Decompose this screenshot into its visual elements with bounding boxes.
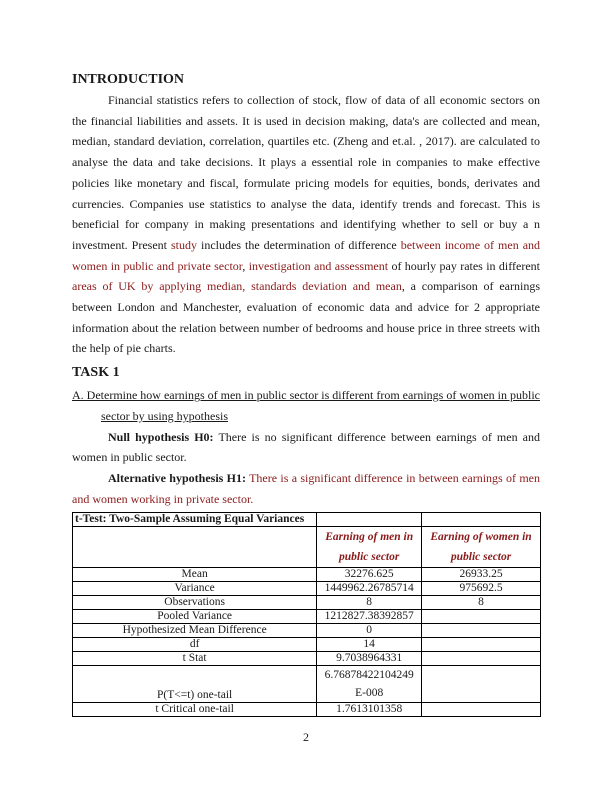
alt-hypothesis: Alternative hypothesis H1: There is a si… — [72, 468, 540, 509]
row-label: t Stat — [73, 652, 317, 666]
table-title: t-Test: Two-Sample Assuming Equal Varian… — [73, 513, 317, 527]
null-hypothesis: Null hypothesis H0: There is no signific… — [72, 427, 540, 468]
table-header-row: Earning of men in public sector Earning … — [73, 527, 541, 568]
intro-heading: INTRODUCTION — [72, 70, 540, 90]
task1-subheading: A. Determine how earnings of men in publ… — [72, 385, 540, 426]
row-label: Hypothesized Mean Difference — [73, 624, 317, 638]
table-row: Observations88 — [73, 596, 541, 610]
value-women — [422, 638, 541, 652]
col-header-men: Earning of men in public sector — [317, 527, 422, 568]
alt-hypothesis-label: Alternative hypothesis H1: — [108, 471, 246, 485]
value-men: 14 — [317, 638, 422, 652]
table-row: Pooled Variance1212827.38392857 — [73, 610, 541, 624]
value-men: 1212827.38392857 — [317, 610, 422, 624]
intro-text: includes the determination of difference — [197, 238, 401, 252]
row-label: t Critical one-tail — [73, 703, 317, 717]
value-women — [422, 703, 541, 717]
t-test-table: t-Test: Two-Sample Assuming Equal Varian… — [72, 512, 541, 717]
value-women — [422, 666, 541, 703]
empty-cell — [317, 513, 422, 527]
intro-text: of hourly pay rates in different — [388, 259, 540, 273]
row-label: P(T<=t) one-tail — [73, 666, 317, 703]
row-label: Observations — [73, 596, 317, 610]
value-women — [422, 652, 541, 666]
value-men: 8 — [317, 596, 422, 610]
row-label: Variance — [73, 582, 317, 596]
page-number: 2 — [0, 730, 612, 745]
row-label: Mean — [73, 568, 317, 582]
value-men: 32276.625 — [317, 568, 422, 582]
value-women: 8 — [422, 596, 541, 610]
empty-cell — [422, 513, 541, 527]
intro-paragraph: Financial statistics refers to collectio… — [72, 90, 540, 359]
value-line: 6.76878422104249 — [319, 666, 419, 684]
task1-heading: TASK 1 — [72, 363, 540, 383]
table-row: t Stat9.7038964331 — [73, 652, 541, 666]
value-men: 1.7613101358 — [317, 703, 422, 717]
table-row: Hypothesized Mean Difference0 — [73, 624, 541, 638]
table-row: Mean32276.62526933.25 — [73, 568, 541, 582]
value-men: 9.7038964331 — [317, 652, 422, 666]
value-women: 975692.5 — [422, 582, 541, 596]
col-header-women: Earning of women in public sector — [422, 527, 541, 568]
table-title-row: t-Test: Two-Sample Assuming Equal Varian… — [73, 513, 541, 527]
table-row: Variance1449962.26785714975692.5 — [73, 582, 541, 596]
null-hypothesis-label: Null hypothesis H0: — [108, 430, 214, 444]
highlight-text: areas of UK by applying median, standard… — [72, 279, 402, 293]
highlight-text: investigation and assessment — [249, 259, 388, 273]
intro-text: Financial statistics refers to collectio… — [72, 93, 540, 252]
value-men: 0 — [317, 624, 422, 638]
row-label: df — [73, 638, 317, 652]
value-women — [422, 624, 541, 638]
value-women — [422, 610, 541, 624]
highlight-text: study — [171, 238, 197, 252]
table-row: t Critical one-tail1.7613101358 — [73, 703, 541, 717]
value-men: 1449962.26785714 — [317, 582, 422, 596]
value-women: 26933.25 — [422, 568, 541, 582]
value-men: 6.76878422104249E-008 — [317, 666, 422, 703]
table-row: df14 — [73, 638, 541, 652]
document-page: INTRODUCTION Financial statistics refers… — [72, 70, 540, 717]
table-row: P(T<=t) one-tail6.76878422104249E-008 — [73, 666, 541, 703]
value-line: E-008 — [319, 684, 419, 702]
row-label: Pooled Variance — [73, 610, 317, 624]
empty-cell — [73, 527, 317, 568]
